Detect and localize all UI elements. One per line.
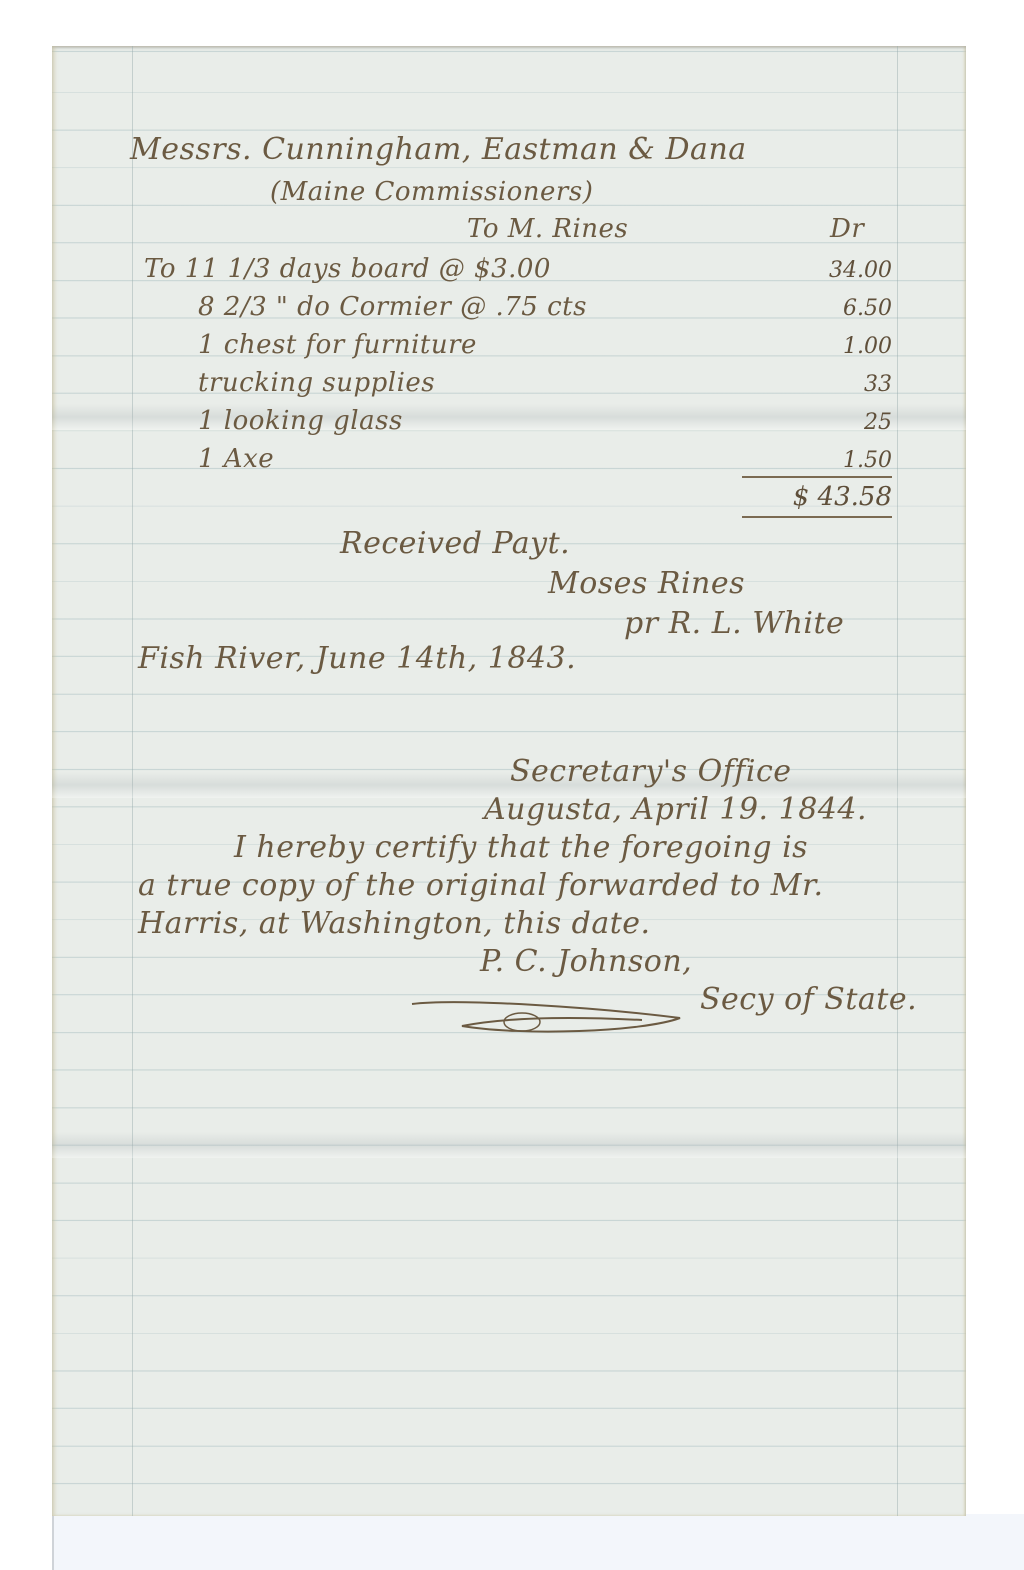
- line-item-amount: 33: [772, 372, 892, 397]
- addressee-note: (Maine Commissioners): [270, 177, 593, 207]
- payee-signature: Moses Rines: [548, 566, 745, 601]
- fold-crease: [52, 1132, 966, 1158]
- received-payment-label: Received Payt.: [340, 526, 570, 561]
- subtotal-rule: [742, 476, 892, 478]
- ruled-paper-sheet: Messrs. Cunningham, Eastman & Dana (Main…: [52, 46, 966, 1516]
- line-item-description: trucking supplies: [198, 368, 435, 398]
- line-item-amount: 25: [772, 410, 892, 435]
- office-heading: Secretary's Office: [510, 754, 792, 789]
- total-amount: $ 43.58: [742, 482, 892, 512]
- certification-line: I hereby certify that the foregoing is: [234, 830, 808, 865]
- line-item-amount: 6.50: [772, 296, 892, 321]
- total-rule: [742, 516, 892, 518]
- creditor: To M. Rines: [467, 214, 628, 244]
- certification-line: Harris, at Washington, this date.: [138, 906, 651, 941]
- line-item-description: 1 looking glass: [198, 406, 403, 436]
- line-item-description: 1 chest for furniture: [198, 330, 477, 360]
- backing-card: [52, 1514, 1024, 1570]
- secretary-title: Secy of State.: [700, 982, 917, 1017]
- certification-place-date: Augusta, April 19. 1844.: [484, 792, 867, 827]
- line-item-description: 1 Axe: [198, 444, 274, 474]
- agent-signature: pr R. L. White: [624, 606, 844, 641]
- secretary-signature: P. C. Johnson,: [480, 944, 692, 979]
- line-item-amount: 34.00: [772, 258, 892, 283]
- receipt-place-date: Fish River, June 14th, 1843.: [138, 641, 576, 676]
- dr-label: Dr: [830, 214, 864, 244]
- certification-line: a true copy of the original forwarded to…: [138, 868, 824, 903]
- line-item-description: To 11 1/3 days board @ $3.00: [144, 254, 551, 284]
- line-item-amount: 1.00: [772, 334, 892, 359]
- line-item-amount: 1.50: [772, 448, 892, 473]
- signature-flourish-icon: [402, 990, 692, 1040]
- document-scan: Messrs. Cunningham, Eastman & Dana (Main…: [0, 0, 1024, 1570]
- addressee: Messrs. Cunningham, Eastman & Dana: [130, 132, 747, 167]
- line-item-description: 8 2/3 " do Cormier @ .75 cts: [198, 292, 587, 322]
